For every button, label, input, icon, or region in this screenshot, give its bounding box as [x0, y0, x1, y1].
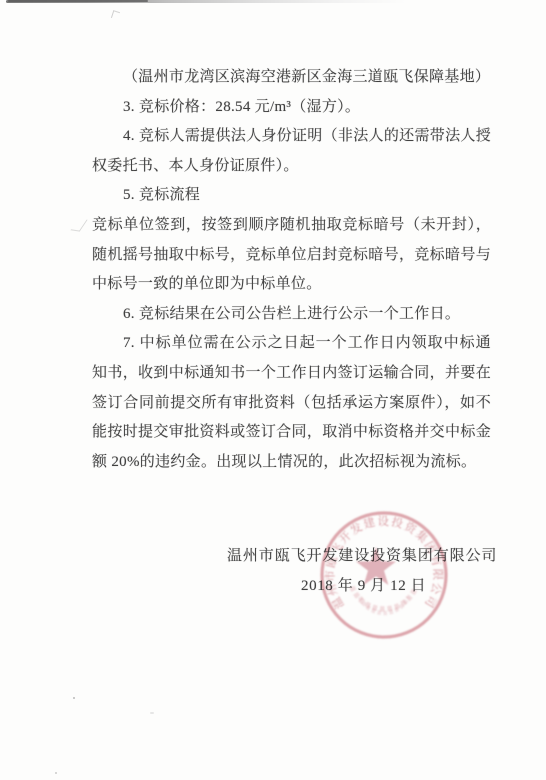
doc-line: 5. 竞标流程 — [92, 181, 491, 211]
doc-line: 6. 竞标结果在公司公告栏上进行公示一个工作日。 — [92, 300, 491, 330]
star-icon — [356, 547, 396, 585]
doc-line: 中标号一致的单位即为中标单位。 — [92, 270, 491, 300]
scan-artifact — [70, 218, 87, 231]
doc-line: 签订合同前提交所有审批资料（包括承运方案原件），如不 — [92, 389, 491, 419]
doc-line: （温州市龙湾区滨海空港新区金海三道瓯飞保障基地） — [92, 63, 491, 93]
doc-line: 知书，收到中标通知书一个工作日内签订运输合同，并要在 — [92, 359, 491, 389]
document-body: （温州市龙湾区滨海空港新区金海三道瓯飞保障基地） 3. 竞标价格：28.54 元… — [92, 63, 491, 477]
doc-line: 额 20%的违约金。出现以上情况的，此次招标视为流标。 — [92, 448, 491, 478]
scan-artifact — [150, 712, 154, 714]
doc-line: 4. 竞标人需提供法人身份证明（非法人的还需带法人授 — [92, 122, 491, 152]
scanned-document-page: （温州市龙湾区滨海空港新区金海三道瓯飞保障基地） 3. 竞标价格：28.54 元… — [0, 0, 546, 780]
scan-artifact — [8, 0, 148, 2]
scan-artifact — [111, 10, 120, 20]
scan-artifact — [73, 697, 75, 699]
doc-line: 竞标单位签到，按签到顺序随机抽取竞标暗号（未开封）， — [92, 211, 491, 241]
company-seal-stamp: 温州市瓯飞开发建设投资集团有限公司 — [308, 499, 460, 651]
doc-line: 7. 中标单位需在公示之日起一个工作日内领取中标通 — [92, 329, 491, 359]
doc-line: 能按时提交审批资料或签订合同，取消中标资格并交中标金 — [92, 418, 491, 448]
doc-line: 权委托书、本人身份证原件）。 — [92, 152, 491, 182]
doc-line: 随机摇号抽取中标号，竞标单位启封竞标暗号，竞标暗号与 — [92, 241, 491, 271]
doc-line: 3. 竞标价格：28.54 元/m³（湿方）。 — [92, 93, 491, 123]
scan-artifact — [55, 772, 57, 774]
